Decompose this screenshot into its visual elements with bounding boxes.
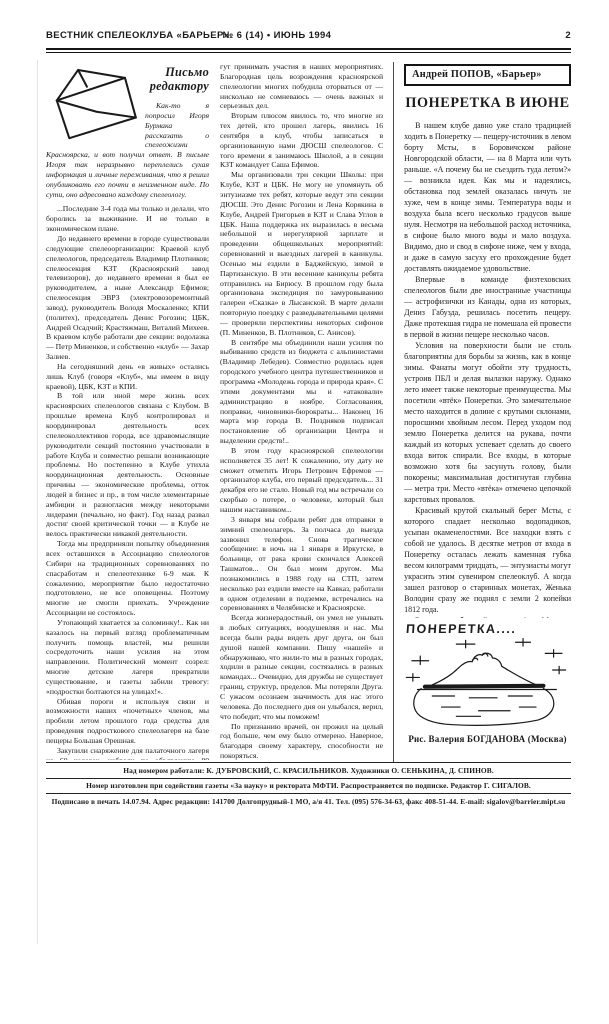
paragraph: Тогда мы предприняли попытку объединения… [46, 539, 209, 618]
footer-contacts: Подписано в печать 14.07.94. Адрес редак… [46, 793, 571, 809]
article-column: Андрей ПОПОВ, «Барьер» ПОНЕРЕТКА В ИЮНЕ … [393, 62, 571, 762]
envelope-icon [46, 62, 141, 144]
paragraph: Условия на поверхности были не столь бла… [404, 340, 571, 505]
letter-column-1: Письмо редактору Как-то я попросил Игоря… [46, 62, 209, 760]
illustration-block: ПОНЕРЕТКА.... [404, 624, 571, 745]
paragraph: Мы организовали три секции Школы: при Кл… [220, 170, 383, 337]
newspaper-page: ВЕСТНИК СПЕЛЕОКЛУБА «БАРЬЕР» № 6 (14) • … [0, 0, 609, 1024]
page-body: Письмо редактору Как-то я попросил Игоря… [46, 62, 571, 762]
paragraph: 3 января мы собрали ребят для отправки в… [220, 515, 383, 613]
masthead: ВЕСТНИК СПЕЛЕОКЛУБА «БАРЬЕР» [46, 30, 229, 41]
letter-column-2: гут принимать участия в наших мероприяти… [220, 62, 383, 760]
page-footer: Над номером работали: К. ДУБРОВСКИЙ, С. … [46, 762, 571, 809]
paragraph: В нашем клубе давно уже стало традицией … [404, 120, 571, 274]
page-header: ВЕСТНИК СПЕЛЕОКЛУБА «БАРЬЕР» № 6 (14) • … [46, 30, 571, 53]
paragraph: До недавнего времени в городе существова… [46, 234, 209, 362]
paragraph: ...Последние 3-4 года мы только и делали… [46, 204, 209, 234]
scan-edge-line [37, 60, 38, 944]
paragraph: Вторым плюсом явилось то, что многие из … [220, 111, 383, 170]
header-double-rule [46, 48, 571, 53]
paragraph: На сегодняшний день «в живых» остались л… [46, 362, 209, 392]
paragraph: Утопающий хватается за соломинку!.. Как … [46, 618, 209, 697]
paragraph: гут принимать участия в наших мероприяти… [220, 62, 383, 111]
article-headline: ПОНЕРЕТКА В ИЮНЕ [404, 95, 571, 111]
paragraph: В сентябре мы объединили наши усилия по … [220, 338, 383, 446]
footer-publisher: Номер изготовлен при содействии газеты «… [46, 778, 571, 794]
cave-sketch-icon [398, 633, 571, 733]
paragraph: Впервые в команде физтеховских спелеолог… [404, 274, 571, 340]
paragraph: Закупили снаряжение для палаточного лаге… [46, 746, 209, 760]
article-byline: Андрей ПОПОВ, «Барьер» [404, 64, 571, 86]
paragraph: Красивый крутой скальный берег Мсты, с к… [404, 505, 571, 615]
illustration-label: ПОНЕРЕТКА.... [406, 624, 571, 635]
page-number: 2 [565, 30, 571, 41]
paragraph: По признанию врачей, он прожил на целый … [220, 722, 383, 760]
paragraph: В этом году красноярской спелеологии исп… [220, 446, 383, 515]
footer-credits: Над номером работали: К. ДУБРОВСКИЙ, С. … [46, 762, 571, 778]
paragraph: Во время обратной дороги Аня Малкова тща… [404, 615, 571, 618]
paragraph: В той или иной мере жизнь всех красноярс… [46, 391, 209, 539]
issue-date: № 6 (14) • ИЮНЬ 1994 [223, 30, 332, 41]
illustration-caption: Рис. Валерия БОГДАНОВА (Москва) [404, 734, 571, 745]
article-text: В нашем клубе давно уже стало традицией … [404, 120, 571, 618]
paragraph: Обивая пороги и используя связи и возмож… [46, 697, 209, 746]
paragraph: Всегда жизнерадостный, он умел не уныват… [220, 613, 383, 721]
